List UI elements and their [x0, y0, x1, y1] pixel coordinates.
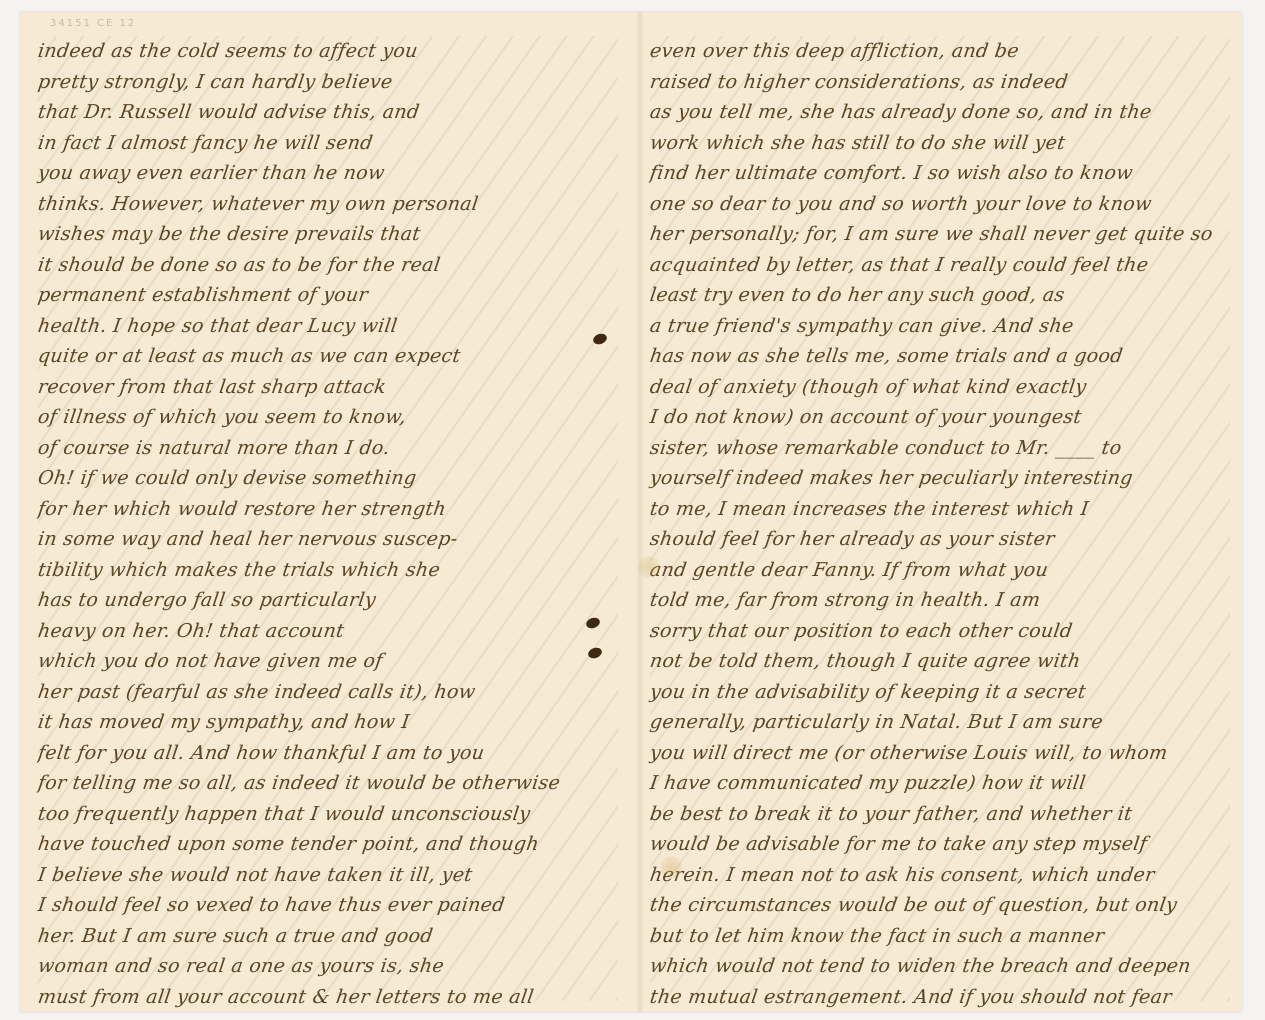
handwritten-line: yourself indeed makes her peculiarly int… — [648, 463, 1232, 494]
handwritten-line: to me, I mean increases the interest whi… — [648, 494, 1232, 525]
handwritten-line: not be told them, though I quite agree w… — [648, 646, 1232, 677]
handwritten-line: which would not tend to widen the breach… — [648, 951, 1232, 982]
handwritten-line: I believe she would not have taken it il… — [36, 860, 620, 891]
right-page: even over this deep affliction, and bera… — [650, 36, 1230, 1001]
handwritten-line: have touched upon some tender point, and… — [36, 829, 620, 860]
handwritten-line: quite or at least as much as we can expe… — [36, 341, 620, 372]
handwritten-line: recover from that last sharp attack — [36, 372, 620, 403]
handwritten-line: as you tell me, she has already done so,… — [648, 97, 1232, 128]
left-page: indeed as the cold seems to affect youpr… — [38, 36, 618, 1001]
left-page-lines: indeed as the cold seems to affect youpr… — [38, 36, 618, 1012]
center-fold — [637, 12, 643, 1012]
handwritten-line: that Dr. Russell would advise this, and — [36, 97, 620, 128]
handwritten-line: a true friend's sympathy can give. And s… — [648, 311, 1232, 342]
handwritten-line: and gentle dear Fanny. If from what you — [648, 555, 1232, 586]
archive-mark: 34151 CE 12 — [50, 18, 136, 29]
handwritten-line: her past (fearful as she indeed calls it… — [36, 677, 620, 708]
handwritten-line: raised to higher considerations, as inde… — [648, 67, 1232, 98]
handwritten-line: has to undergo fall so particularly — [36, 585, 620, 616]
handwritten-line: in some way and heal her nervous suscep- — [36, 524, 620, 555]
handwritten-line: in fact I almost fancy he will send — [36, 128, 620, 159]
handwritten-line: I should feel so vexed to have thus ever… — [36, 890, 620, 921]
handwritten-line: for telling me so all, as indeed it woul… — [36, 768, 620, 799]
handwritten-line: you will direct me (or otherwise Louis w… — [648, 738, 1232, 769]
handwritten-line: deal of anxiety (though of what kind exa… — [648, 372, 1232, 403]
handwritten-line: has now as she tells me, some trials and… — [648, 341, 1232, 372]
handwritten-line: one so dear to you and so worth your lov… — [648, 189, 1232, 220]
handwritten-line: should feel for her already as your sist… — [648, 524, 1232, 555]
handwritten-line: her personally; for, I am sure we shall … — [648, 219, 1232, 250]
handwritten-line: health. I hope so that dear Lucy will — [36, 311, 620, 342]
handwritten-line: work which she has still to do she will … — [648, 128, 1232, 159]
paper-stain — [638, 556, 660, 578]
handwritten-line: of course is natural more than I do. — [36, 433, 620, 464]
letter-sheet: 34151 CE 12 indeed as the cold seems to … — [20, 12, 1242, 1012]
handwritten-line: it has moved my sympathy, and how I — [36, 707, 620, 738]
handwritten-line: wishes may be the desire prevails that — [36, 219, 620, 250]
handwritten-line: but to let him know the fact in such a m… — [648, 921, 1232, 952]
handwritten-line: of illness of which you seem to know, — [36, 402, 620, 433]
handwritten-line: find her ultimate comfort. I so wish als… — [648, 158, 1232, 189]
handwritten-line: sorry that our position to each other co… — [648, 616, 1232, 647]
handwritten-line: tibility which makes the trials which sh… — [36, 555, 620, 586]
paper-stain — [660, 856, 682, 878]
handwritten-line: thinks. However, whatever my own persona… — [36, 189, 620, 220]
handwritten-line: told me, far from strong in health. I am — [648, 585, 1232, 616]
handwritten-line: woman and so real a one as yours is, she — [36, 951, 620, 982]
handwritten-line: the circumstances would be out of questi… — [648, 890, 1232, 921]
handwritten-line: even over this deep affliction, and be — [648, 36, 1232, 67]
handwritten-line: generally, particularly in Natal. But I … — [648, 707, 1232, 738]
handwritten-line: heavy on her. Oh! that account — [36, 616, 620, 647]
handwritten-line: which you do not have given me of — [36, 646, 620, 677]
handwritten-line: sister, whose remarkable conduct to Mr. … — [648, 433, 1232, 464]
handwritten-line: would be advisable for me to take any st… — [648, 829, 1232, 860]
handwritten-line: it should be done so as to be for the re… — [36, 250, 620, 281]
right-page-lines: even over this deep affliction, and bera… — [650, 36, 1230, 1012]
handwritten-line: Oh! if we could only devise something — [36, 463, 620, 494]
handwritten-line: you away even earlier than he now — [36, 158, 620, 189]
handwritten-line: must from all your account & her letters… — [36, 982, 620, 1013]
handwritten-line: felt for you all. And how thankful I am … — [36, 738, 620, 769]
handwritten-line: acquainted by letter, as that I really c… — [648, 250, 1232, 281]
handwritten-line: you in the advisability of keeping it a … — [648, 677, 1232, 708]
handwritten-line: be best to break it to your father, and … — [648, 799, 1232, 830]
handwritten-line: her. But I am sure such a true and good — [36, 921, 620, 952]
handwritten-line: indeed as the cold seems to affect you — [36, 36, 620, 67]
handwritten-line: I have communicated my puzzle) how it wi… — [648, 768, 1232, 799]
handwritten-line: herein. I mean not to ask his consent, w… — [648, 860, 1232, 891]
handwritten-line: least try even to do her any such good, … — [648, 280, 1232, 311]
handwritten-line: permanent establishment of your — [36, 280, 620, 311]
handwritten-line: the mutual estrangement. And if you shou… — [648, 982, 1232, 1013]
handwritten-line: I do not know) on account of your younge… — [648, 402, 1232, 433]
handwritten-line: pretty strongly, I can hardly believe — [36, 67, 620, 98]
handwritten-line: for her which would restore her strength — [36, 494, 620, 525]
handwritten-line: too frequently happen that I would uncon… — [36, 799, 620, 830]
